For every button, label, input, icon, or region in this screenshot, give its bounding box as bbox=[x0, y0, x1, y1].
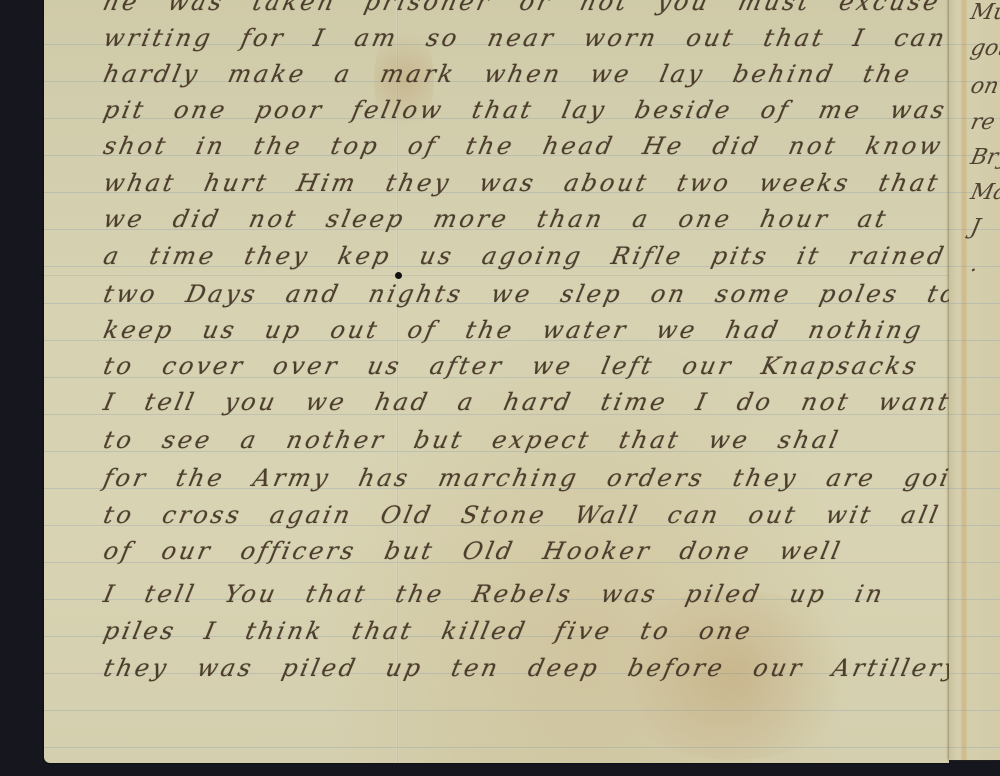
letter-line-3: hardly make a mark when we lay behind th… bbox=[101, 60, 915, 88]
adjacent-page-edge: Mun got on re Bry Ma J . bbox=[949, 0, 1000, 760]
letter-line-12: I tell you we had a hard time I do not w… bbox=[101, 388, 949, 416]
letter-line-19: they was piled up ten deep before our Ar… bbox=[101, 654, 949, 682]
edge-fragment-2: got bbox=[968, 36, 1000, 61]
letter-line-9: two Days and nights we slep on some pole… bbox=[101, 280, 949, 308]
letter-line-14: for the Army has marching orders they ar… bbox=[101, 464, 949, 492]
letter-line-1: he was taken prisoner or not you must ex… bbox=[101, 0, 949, 16]
edge-fragment-1: Mun bbox=[968, 0, 1000, 25]
edge-fragment-3: on bbox=[968, 74, 1000, 99]
letter-line-16: of our officers but Old Hooker done well bbox=[101, 537, 845, 565]
letter-line-15: to cross again Old Stone Wall can out wi… bbox=[101, 501, 943, 529]
letter-line-11: to cover over us after we left our Knaps… bbox=[101, 352, 922, 380]
letter-page: he was taken prisoner or not you must ex… bbox=[44, 0, 949, 763]
letter-line-6: what hurt Him they was about two weeks t… bbox=[101, 169, 943, 197]
horizontal-fold-crease bbox=[44, 274, 949, 277]
letter-line-7: we did not sleep more than a one hour at bbox=[101, 205, 891, 233]
letter-line-13: to see a nother but expect that we shal bbox=[101, 426, 843, 454]
edge-fragment-5: Bry bbox=[968, 145, 1000, 170]
letter-line-5: shot in the top of the head He did not k… bbox=[101, 132, 946, 160]
edge-fragment-6: Ma bbox=[968, 180, 1000, 205]
letter-line-18: piles I think that killed five to one bbox=[101, 617, 756, 645]
edge-fold-crease bbox=[961, 0, 967, 760]
fold-pinhole bbox=[395, 272, 402, 279]
letter-line-10: keep us up out of the water we had nothi… bbox=[101, 316, 926, 344]
letter-line-2: writing for I am so near worn out that I… bbox=[101, 24, 949, 52]
letter-line-4: pit one poor fellow that lay beside of m… bbox=[101, 96, 949, 124]
letter-line-8: a time they kep us agoing Rifle pits it … bbox=[101, 242, 949, 270]
letter-photograph: he was taken prisoner or not you must ex… bbox=[0, 0, 1000, 776]
letter-line-17: I tell You that the Rebels was piled up … bbox=[101, 580, 888, 608]
